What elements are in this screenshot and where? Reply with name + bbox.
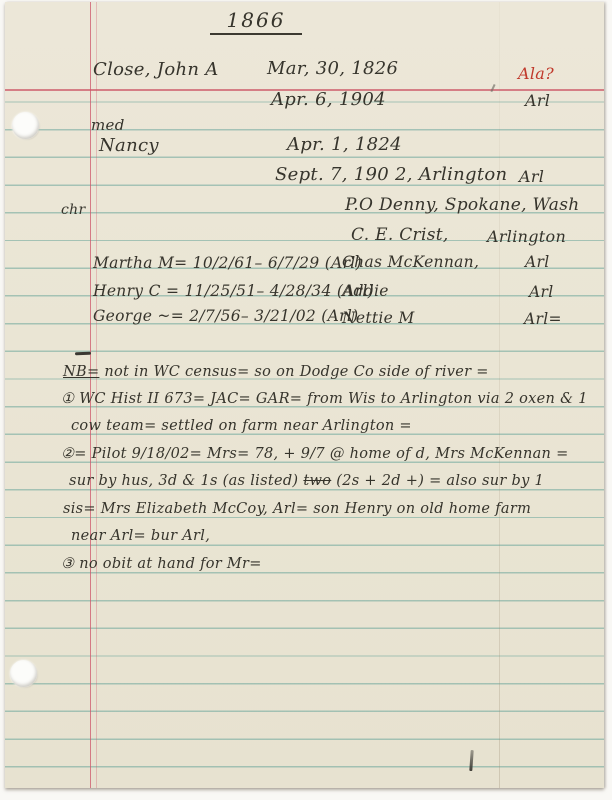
- child-spouse: Nettie M: [342, 310, 415, 328]
- note-2-line-3: sis= Mrs Elizabeth McCoy, Arl= son Henry…: [63, 501, 531, 518]
- child-residence: Arl=: [524, 311, 562, 329]
- note-2-before-strike: sur by hus, 3d & 1s (as listed): [69, 473, 298, 489]
- punch-hole-top: [12, 112, 39, 139]
- note-2-line-1: ②= Pilot 9/18/02= Mrs= 78, + 9/7 @ home …: [61, 446, 569, 463]
- note-3: ③ no obit at hand for Mr=: [61, 556, 262, 573]
- note-2-line-2: sur by hus, 3d & 1s (as listed)two(2s + …: [69, 473, 544, 490]
- death-date: Apr. 6, 1904: [271, 90, 386, 111]
- note-1-line-2: cow team= settled on farm near Arlington…: [71, 418, 412, 435]
- informant-2-name: C. E. Crist,: [351, 226, 449, 246]
- informant-2-place: Arlington: [487, 228, 566, 246]
- child-spouse: Chas McKennan,: [342, 254, 479, 272]
- stray-dash-mark: [75, 352, 91, 355]
- wife-birth-date: Apr. 1, 1824: [287, 135, 402, 156]
- subject-name: Close, John A: [93, 60, 219, 81]
- note-2-after-strike: (2s + 2d +) = also sur by 1: [336, 473, 544, 489]
- children-abbreviation: chr: [61, 202, 85, 218]
- informant-1: P.O Denny, Spokane, Wash: [345, 196, 580, 216]
- note-nb-text: not in WC census= so on Dodge Co side of…: [99, 364, 488, 380]
- child-residence: Arl: [525, 254, 549, 272]
- note-nb: NB= not in WC census= so on Dodge Co sid…: [63, 364, 489, 381]
- marriage-abbreviation: med: [91, 117, 125, 134]
- note-nb-prefix: NB=: [63, 364, 99, 380]
- child-name-dates: Henry C = 11/25/51– 4/28/34 (Arl): [93, 283, 374, 301]
- child-name-dates: Martha M= 10/2/61– 6/7/29 (Arl): [93, 255, 362, 273]
- child-spouse: Addie: [342, 283, 389, 301]
- wife-death-date: Sept. 7, 190 2, Arlington: [275, 165, 507, 186]
- wife-death-place: Arl: [519, 168, 544, 186]
- birth-date: Mar, 30, 1826: [267, 59, 398, 80]
- death-place: Arl: [525, 92, 550, 110]
- note-2-line-4: near Arl= bur Arl,: [71, 528, 210, 545]
- birthplace-query-red: Ala?: [518, 65, 554, 83]
- child-name-dates: George ~= 2/7/56– 3/21/02 (Arl): [93, 308, 358, 326]
- wife-name: Nancy: [99, 136, 159, 157]
- child-residence: Arl: [529, 284, 553, 302]
- punch-hole-bottom: [10, 660, 37, 687]
- crossed-out-word: two: [303, 473, 331, 489]
- scanned-ledger-page: 1866 Close, John A Mar, 30, 1826 Ala? Ap…: [5, 2, 604, 788]
- note-1-line-1: ① WC Hist II 673= JAC= GAR= from Wis to …: [61, 391, 588, 408]
- year-heading: 1866: [210, 9, 302, 35]
